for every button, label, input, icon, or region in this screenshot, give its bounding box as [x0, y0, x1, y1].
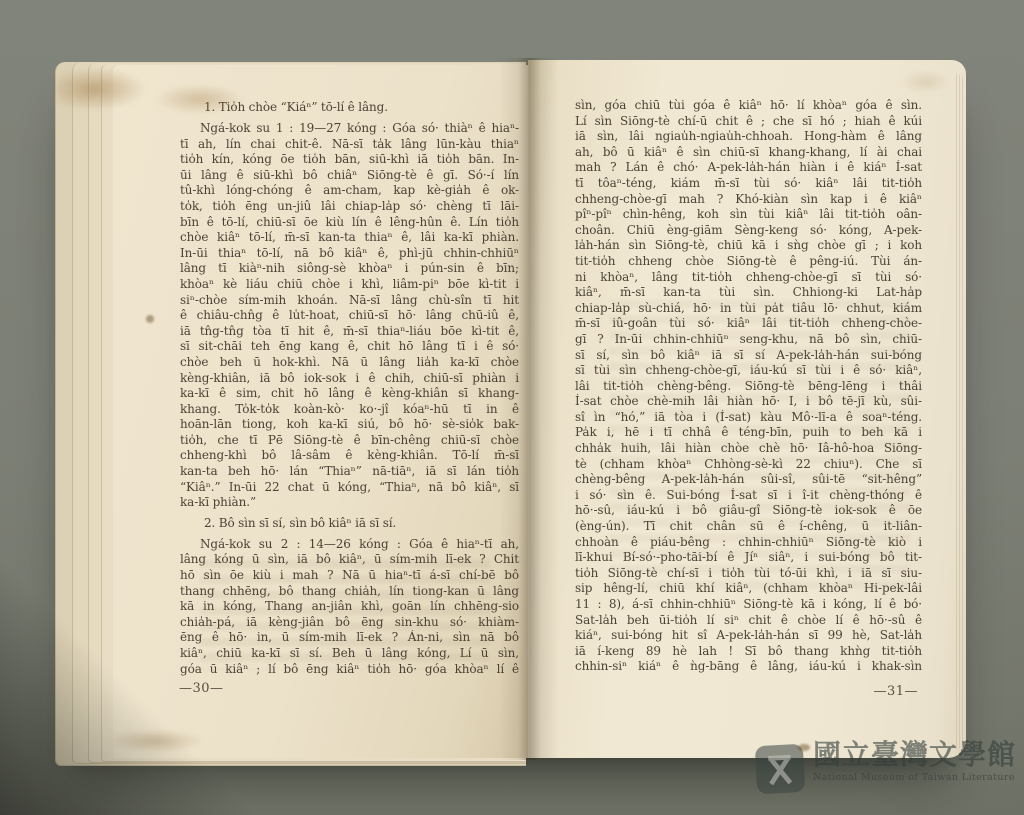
text-line: lâng kóng ū sìn, iā bô kiâⁿ, ū sím-mih l…: [180, 552, 519, 568]
text-line: ê chiâu-chn̂g ê lu̍t-hoat, chiū-sī hō· l…: [180, 308, 519, 324]
text-line: tè (chham khòaⁿ Chhòng-sè-kì 22 chiuⁿ). …: [575, 457, 922, 473]
text-line: lâng tī kiàⁿ-nih siông-sè khòaⁿ i pún-si…: [180, 261, 519, 277]
text-line: hoān-lān tiong, koh ka-kī siú, bô hō· sè…: [180, 417, 519, 433]
text-line: chheng-chòe-gī mah ? Khó-kiàn sìn kap i …: [575, 192, 922, 208]
text-line: chhin-siⁿ kiáⁿ ê ǹg-bāng ê lâng, iáu-kú …: [575, 659, 922, 675]
left-page-text: 1. Tio̍h chòe “Kiáⁿ” tō-lí ê lâng.Ngá-ko…: [180, 98, 519, 677]
text-line: tī tôaⁿ-téng, kiám m̄-sī tùi só· kiâⁿ lâ…: [575, 176, 922, 192]
text-line: lâi tit-tio̍h chèng-bêng. Siōng-tè bēng-…: [575, 379, 922, 395]
left-page: 1. Tio̍h chòe “Kiáⁿ” tō-lí ê lâng.Ngá-ko…: [113, 65, 528, 758]
text-line: sī sí, sìn bô kiâⁿ iā sī sí A-pek-la̍h-h…: [575, 348, 922, 364]
text-line: kiáⁿ, sui-bóng hit sî A-pek-la̍h-hán sī …: [575, 628, 922, 644]
museum-watermark-text: 國立臺灣文學館 National Museum of Taiwan Litera…: [813, 740, 1016, 783]
text-line: hō sìn ōe kiù i mah ? Nā ū hiaⁿ-tī á-sī …: [180, 568, 519, 584]
text-line: sī sit-chāi teh ēng kang ê, chit hō lâng…: [180, 339, 519, 355]
text-line: sip hêng-lí, chiū khí kiâⁿ, (chham khòaⁿ…: [575, 581, 922, 597]
text-line: kā in kóng, Thang an-jiân khì, goān lín …: [180, 599, 519, 615]
text-line: choân. Chiū èng-giām Sèng-keng só· kóng,…: [575, 223, 922, 239]
text-line: chia̍h-pá, iā kèng-jiân bô ēng sin-khu s…: [180, 615, 519, 631]
text-line: “Kiâⁿ.” In-ūi 22 chat ū kóng, “Thiaⁿ, nā…: [180, 480, 519, 496]
text-line: chòe kiâⁿ tō-lí, m̄-sī kan-ta thiaⁿ ê, l…: [180, 230, 519, 246]
text-line: Í-sat chòe chè-mih lâi hiàn hō· I, i bô …: [575, 394, 922, 410]
text-line: sìn, góa chiū tùi góa ê kiâⁿ hō· lí khòa…: [575, 98, 922, 114]
text-line: chha̍k huih, lâi hiàn chòe chè hō· Iâ-hô…: [575, 441, 922, 457]
text-line: Ngá-kok su 1 : 19—27 kóng : Góa só· thià…: [180, 121, 519, 137]
text-line: tio̍h Siōng-tè chí-sī i tio̍h tùi tó-ūi …: [575, 566, 922, 582]
right-page-number: —31—: [873, 684, 918, 699]
museum-name-english: National Museum of Taiwan Literature: [813, 772, 1016, 783]
text-line: kiâⁿ, chiū ka-kī sī sí. Beh ū lâng kóng,…: [180, 646, 519, 662]
left-page-number: —30—: [179, 681, 224, 696]
text-line: ah, bô ū kiâⁿ ê sìn chiū-sī khang-khang,…: [575, 145, 922, 161]
text-line: to̍k, tio̍h ēng un-jiû lâi chiap-la̍p só…: [180, 199, 519, 215]
text-line: ka-kī phiàn.”: [180, 495, 519, 511]
text-line: sī tùi sìn chheng-chòe-gī, iáu-kú sī tùi…: [575, 363, 922, 379]
text-line: i só· sìn ê. Sui-bóng Í-sat sī i î-it ch…: [575, 488, 922, 504]
seal-glyph: [759, 748, 801, 790]
text-line: chhoàn ê piáu-bêng : chhin-chhiūⁿ Siōng-…: [575, 535, 922, 551]
text-line: chèng-bêng A-pek-la̍h-hán sûi-sî, sûi-tē…: [575, 472, 922, 488]
text-line: hō·-sû, iáu-kú i bô giâu-gî Siōng-tè iok…: [575, 503, 922, 519]
text-line: tio̍h kín, kóng ōe tio̍h bān, siū-khì iā…: [180, 152, 519, 168]
text-line: lī-khui Bí-só·-pho-tāi-bí ê Jíⁿ siâⁿ, i …: [575, 550, 922, 566]
text-line: chòe beh ū hok-khì. Nā ū lâng lia̍h ka-k…: [180, 355, 519, 371]
text-line: gī ? In-ūi chhin-chhiūⁿ seng-khu, nā bô …: [575, 332, 922, 348]
text-line: ūi lâng ê siū-khì bô chiâⁿ Siōng-tè ê gī…: [180, 168, 519, 184]
museum-name-chinese: 國立臺灣文學館: [813, 740, 1016, 770]
text-line: Lí sìn Siōng-tè chí-ū chit ê ; che sī hó…: [575, 114, 922, 130]
text-line: bīn ê tō-lí, chiū-sī ōe kiù lín ê lêng-h…: [180, 215, 519, 231]
text-line: iā sìn, lâi ngiau̍h-ngiau̍h-chhoah. Hong…: [575, 129, 922, 145]
text-line: ēng ê hō· in, ū sím-mih lī-ek ? Án-ni, s…: [180, 630, 519, 646]
text-line: ni khòaⁿ, lâng tit-tio̍h chheng-chòe-gī …: [575, 270, 922, 286]
text-line: iā tn̂g-tn̂g tòa tī hit ê, m̄-sī thiaⁿ-l…: [180, 324, 519, 340]
text-line: 1. Tio̍h chòe “Kiáⁿ” tō-lí ê lâng.: [180, 98, 519, 118]
text-line: ka-kī ê sim, chit hō lâng ê kèng-khiân s…: [180, 386, 519, 402]
text-line: (èng-ún). Tī chit chân sū ê í-chêng, ū i…: [575, 519, 922, 535]
text-line: tī ah, lín chai chit-ê. Nā-sī ta̍k lâng …: [180, 137, 519, 153]
book-photo: 1. Tio̍h chòe “Kiáⁿ” tō-lí ê lâng.Ngá-ko…: [0, 0, 1024, 815]
right-page: sìn, góa chiū tùi góa ê kiâⁿ hō· lí khòa…: [528, 60, 966, 758]
text-line: tio̍h, che tī Pē Siōng-tè ê bīn-chêng ch…: [180, 433, 519, 449]
text-line: góa ū kiâⁿ ; lí bô ēng kiâⁿ tio̍h hō· gó…: [180, 662, 519, 678]
text-line: tit-tio̍h chheng chòe Siōng-tè ê pêng-iú…: [575, 254, 922, 270]
text-line: sî ìn “hó,” iā tòa i (Í-sat) kàu Mô·-lī-…: [575, 410, 922, 426]
text-line: kiâⁿ, m̄-sī kan-ta tùi sìn. Chhiong-ki L…: [575, 285, 922, 301]
text-line: In-ūi thiaⁿ tō-lí, nā bô kiâⁿ ê, phì-jū …: [180, 246, 519, 262]
text-line: khang. To̍k-to̍k koàn-kò· ko·-jî kóaⁿ-hū…: [180, 402, 519, 418]
text-line: 2. Bô sìn sī sí, sìn bô kiâⁿ iā sī sí.: [180, 514, 519, 534]
text-line: pîⁿ-pîⁿ chìn-hêng, koh sìn tùi kiâⁿ lâi …: [575, 207, 922, 223]
text-line: chheng-khì bô lâ-sâm ê kèng-khiân. Tō-lí…: [180, 448, 519, 464]
text-line: mah ? Lán ê chó· A-pek-la̍h-hán hiàn i ê…: [575, 160, 922, 176]
text-line: Ngá-kok su 2 : 14—26 kóng : Góa ê hiaⁿ-t…: [180, 537, 519, 553]
text-line: iā í-keng 89 hè lah ! Sī bô thang khǹg t…: [575, 644, 922, 660]
text-line: Sat-la̍h beh ūi-tio̍h lí siⁿ chit ê chòe…: [575, 613, 922, 629]
museum-seal-icon: [755, 744, 805, 794]
text-line: m̄-sī iû-goân tùi só· kiâⁿ lâi tit-tio̍h…: [575, 316, 922, 332]
text-line: la̍h-hán sìn Siōng-tè, chiū kā i sǹg chò…: [575, 238, 922, 254]
museum-watermark: 國立臺灣文學館 National Museum of Taiwan Litera…: [756, 740, 1016, 793]
text-line: tû-khì lóng-chóng ê am-cham, kap kè-gia̍…: [180, 183, 519, 199]
text-line: khòaⁿ kè liáu chiū chòe i khì, liâm-piⁿ …: [180, 277, 519, 293]
text-line: kèng-khiân, iā bô iok-sok i ê chih, chiū…: [180, 371, 519, 387]
book-gutter-shadow: [499, 58, 559, 760]
right-page-text: sìn, góa chiū tùi góa ê kiâⁿ hō· lí khòa…: [575, 98, 922, 675]
text-line: thang chhēng, bô thang chia̍h, lín tiong…: [180, 584, 519, 600]
text-line: 11 : 8), á-sī chhin-chhiūⁿ Siōng-tè kā i…: [575, 597, 922, 613]
text-line: chiap-la̍p sù-chiá, hō· in tùi pa̍t tiâu…: [575, 301, 922, 317]
text-line: Pa̍k i, hē i tī chhâ ê téng-bīn, puih to…: [575, 425, 922, 441]
text-line: siⁿ-chòe sím-mih khoán. Nā-sī lâng chù-s…: [180, 293, 519, 309]
text-line: kan-ta beh hō· lán “Thiaⁿ” nā-tiāⁿ, iā s…: [180, 464, 519, 480]
